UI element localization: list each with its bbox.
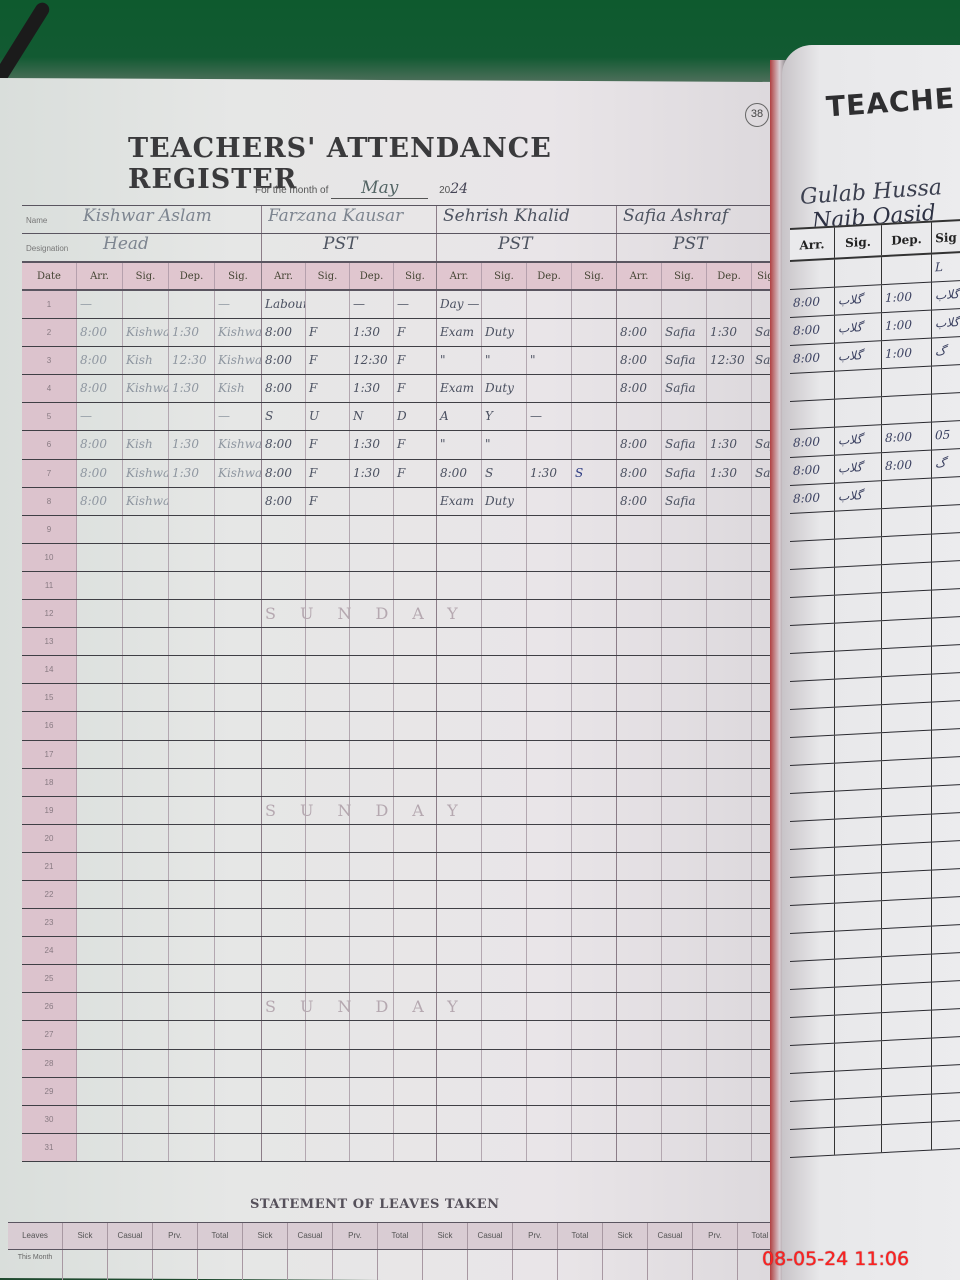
attendance-cell	[350, 544, 394, 571]
attendance-cell	[394, 544, 437, 571]
statement-value-cell	[63, 1250, 108, 1280]
attendance-cell	[394, 712, 437, 739]
attendance-cell: 12:30	[169, 347, 215, 374]
attendance-cell	[394, 909, 437, 936]
attendance-cell	[790, 1072, 835, 1101]
attendance-cell	[882, 843, 932, 873]
attendance-cell	[350, 853, 394, 880]
statement-header-cell: Casual	[108, 1223, 153, 1249]
attendance-cell	[932, 757, 960, 785]
attendance-cell	[882, 535, 932, 565]
attendance-cell	[932, 841, 960, 869]
attendance-cell	[77, 1106, 123, 1133]
header-arr: Arr.	[790, 228, 835, 260]
attendance-cell	[77, 544, 123, 571]
attendance-cell	[394, 1021, 437, 1048]
attendance-cell	[169, 600, 215, 627]
attendance-cell	[482, 544, 527, 571]
attendance-cell	[527, 741, 572, 768]
table-row: 78:00Kishwar1:30Kishwar8:00F1:30F8:00S1:…	[22, 460, 782, 488]
teacher-name: Sehrish Khalid	[443, 206, 616, 226]
attendance-cell	[790, 932, 835, 961]
attendance-cell	[662, 544, 707, 571]
attendance-cell	[169, 769, 215, 796]
attendance-cell	[437, 544, 482, 571]
attendance-cell	[482, 741, 527, 768]
attendance-cell	[77, 1134, 123, 1161]
attendance-cell	[123, 516, 169, 543]
attendance-cell: 8:00	[790, 428, 835, 457]
attendance-cell	[572, 769, 617, 796]
year-prefix: 20	[439, 185, 450, 196]
attendance-cell	[437, 656, 482, 683]
attendance-cell	[306, 909, 350, 936]
statement-value-cell	[333, 1250, 378, 1280]
attendance-cell: Kishwar	[123, 319, 169, 346]
attendance-cell	[306, 825, 350, 852]
attendance-cell: Kishwar	[123, 460, 169, 487]
attendance-cell	[617, 656, 662, 683]
attendance-cell	[882, 899, 932, 929]
statement-header-cell: Prv.	[153, 1223, 198, 1249]
attendance-cell: 8:00	[77, 319, 123, 346]
attendance-cell	[123, 684, 169, 711]
attendance-cell	[482, 965, 527, 992]
attendance-cell	[394, 628, 437, 655]
attendance-cell	[437, 741, 482, 768]
attendance-cell	[790, 540, 835, 569]
statement-header-cell: Prv.	[693, 1223, 738, 1249]
attendance-cell	[262, 769, 306, 796]
attendance-cell	[527, 965, 572, 992]
attendance-cell	[617, 572, 662, 599]
date-cell: 31	[22, 1134, 77, 1161]
attendance-cell: 8:00	[617, 347, 662, 374]
attendance-cell	[77, 769, 123, 796]
attendance-cell: 8:00	[617, 319, 662, 346]
attendance-cell	[572, 965, 617, 992]
attendance-cell: گلاب	[835, 425, 882, 454]
attendance-cell	[790, 1016, 835, 1045]
sunday-marker: SUNDAY	[262, 797, 306, 824]
attendance-cell	[350, 1021, 394, 1048]
attendance-cell	[123, 544, 169, 571]
attendance-cell	[932, 1037, 960, 1065]
attendance-cell: Duty	[482, 375, 527, 402]
attendance-cell	[707, 825, 752, 852]
attendance-cell: 8:00	[882, 451, 932, 481]
attendance-cell	[790, 848, 835, 877]
statement-header-cell: Sick	[423, 1223, 468, 1249]
attendance-cell	[77, 965, 123, 992]
attendance-cell	[123, 403, 169, 430]
attendance-cell: —	[215, 291, 262, 318]
attendance-cell	[882, 815, 932, 845]
camera-timestamp: 08-05-24 11:06	[762, 1248, 909, 1270]
attendance-cell	[707, 1078, 752, 1105]
table-row: 26SUNDAY	[22, 993, 782, 1021]
attendance-cell	[169, 937, 215, 964]
attendance-cell: 8:00	[262, 488, 306, 515]
attendance-cell	[215, 797, 262, 824]
attendance-cell	[835, 1097, 882, 1126]
attendance-cell	[882, 1039, 932, 1069]
attendance-cell	[882, 563, 932, 593]
attendance-cell	[527, 1106, 572, 1133]
attendance-cell	[932, 813, 960, 841]
attendance-cell	[932, 505, 960, 533]
attendance-cell	[77, 600, 123, 627]
attendance-cell	[662, 881, 707, 908]
teacher-designation: PST	[268, 234, 436, 254]
table-row: 88:00Kishwar8:00FExamDuty8:00Safia	[22, 488, 782, 516]
attendance-cell	[882, 731, 932, 761]
statement-month-row: This Month	[8, 1250, 783, 1280]
statement-header-cell: Prv.	[333, 1223, 378, 1249]
attendance-cell	[707, 684, 752, 711]
attendance-cell	[790, 1128, 835, 1157]
attendance-cell: L	[932, 253, 960, 281]
attendance-cell	[662, 572, 707, 599]
attendance-cell	[394, 516, 437, 543]
attendance-cell	[617, 1078, 662, 1105]
attendance-cell	[617, 965, 662, 992]
attendance-cell	[77, 825, 123, 852]
attendance-cell	[306, 965, 350, 992]
attendance-cell	[617, 600, 662, 627]
attendance-cell	[123, 628, 169, 655]
attendance-cell	[77, 684, 123, 711]
attendance-cell	[932, 1009, 960, 1037]
attendance-cell	[527, 1078, 572, 1105]
table-row: 29	[22, 1078, 782, 1106]
attendance-cell: —	[350, 291, 394, 318]
attendance-cell	[932, 925, 960, 953]
attendance-cell: Kishwar	[215, 347, 262, 374]
attendance-cell	[662, 853, 707, 880]
attendance-cell	[437, 1021, 482, 1048]
attendance-cell	[932, 785, 960, 813]
date-cell: 19	[22, 797, 77, 824]
attendance-cell: F	[306, 488, 350, 515]
attendance-cell: 8:00	[262, 375, 306, 402]
date-cell: 10	[22, 544, 77, 571]
attendance-cell	[932, 701, 960, 729]
attendance-cell	[790, 792, 835, 821]
designation-label: Designation	[22, 234, 77, 261]
attendance-cell	[169, 741, 215, 768]
attendance-cell	[572, 937, 617, 964]
attendance-cell	[169, 628, 215, 655]
attendance-cell	[707, 291, 752, 318]
attendance-cell	[437, 909, 482, 936]
attendance-cell	[882, 983, 932, 1013]
attendance-cell: 8:00	[790, 316, 835, 345]
attendance-cell	[262, 741, 306, 768]
attendance-cell	[169, 881, 215, 908]
attendance-cell	[215, 488, 262, 515]
attendance-cell	[707, 628, 752, 655]
attendance-cell	[932, 869, 960, 897]
attendance-cell	[123, 712, 169, 739]
attendance-cell	[350, 825, 394, 852]
attendance-cell: 8:00	[882, 423, 932, 453]
attendance-cell	[572, 1106, 617, 1133]
attendance-cell	[437, 853, 482, 880]
attendance-cell	[790, 820, 835, 849]
attendance-cell	[662, 769, 707, 796]
attendance-cell	[350, 1050, 394, 1077]
statement-header-cell: Prv.	[513, 1223, 558, 1249]
attendance-cell	[707, 375, 752, 402]
attendance-cell	[169, 403, 215, 430]
attendance-cell	[707, 881, 752, 908]
attendance-cell	[77, 993, 123, 1020]
attendance-cell	[572, 403, 617, 430]
attendance-cell	[707, 741, 752, 768]
attendance-cell	[262, 937, 306, 964]
attendance-cell	[169, 544, 215, 571]
attendance-cell	[790, 372, 835, 401]
attendance-cell	[215, 572, 262, 599]
attendance-cell	[835, 397, 882, 426]
attendance-cell: 8:00	[77, 460, 123, 487]
header-sig: Sig.	[835, 225, 882, 257]
attendance-cell	[123, 881, 169, 908]
statement-header-cell: Total	[378, 1223, 423, 1249]
attendance-cell	[215, 600, 262, 627]
attendance-cell: 1:30	[707, 431, 752, 458]
attendance-cell: 1:00	[882, 283, 932, 313]
page-number: 38	[745, 103, 769, 127]
attendance-cell	[932, 393, 960, 421]
attendance-cell	[882, 479, 932, 509]
attendance-cell	[932, 645, 960, 673]
statement-value-cell	[648, 1250, 693, 1280]
attendance-cell	[394, 656, 437, 683]
attendance-cell	[835, 593, 882, 622]
attendance-cell	[882, 647, 932, 677]
attendance-cell	[350, 741, 394, 768]
attendance-cell	[394, 965, 437, 992]
attendance-cell	[77, 1078, 123, 1105]
attendance-cell	[662, 684, 707, 711]
statement-header-cell: Sick	[603, 1223, 648, 1249]
attendance-cell	[169, 993, 215, 1020]
attendance-cell	[572, 853, 617, 880]
attendance-cell	[790, 596, 835, 625]
date-cell: 7	[22, 460, 77, 487]
attendance-cell	[527, 853, 572, 880]
attendance-cell	[707, 937, 752, 964]
attendance-cell	[617, 741, 662, 768]
table-row: 19SUNDAY	[22, 797, 782, 825]
attendance-cell	[572, 909, 617, 936]
attendance-cell	[350, 572, 394, 599]
attendance-cell	[215, 1050, 262, 1077]
date-cell: 5	[22, 403, 77, 430]
attendance-cell	[790, 904, 835, 933]
attendance-cell	[306, 853, 350, 880]
attendance-cell	[262, 628, 306, 655]
attendance-cell	[617, 881, 662, 908]
attendance-cell	[527, 1134, 572, 1161]
attendance-cell	[617, 516, 662, 543]
attendance-cell: گ	[932, 449, 960, 477]
attendance-grid: Name Kishwar Aslam Farzana Kausar Sehris…	[22, 205, 782, 1162]
right-rows: L8:00گلاب1:00گلاب8:00گلاب1:00گلاب8:00گلا…	[790, 253, 960, 1158]
attendance-cell	[527, 881, 572, 908]
statement-header-cell: Casual	[468, 1223, 513, 1249]
attendance-cell	[882, 1095, 932, 1125]
attendance-cell: 8:00	[790, 484, 835, 513]
attendance-cell	[215, 1021, 262, 1048]
attendance-cell	[882, 507, 932, 537]
attendance-cell	[572, 431, 617, 458]
attendance-cell	[932, 1093, 960, 1121]
attendance-cell	[262, 965, 306, 992]
attendance-cell: S	[262, 403, 306, 430]
date-cell: 28	[22, 1050, 77, 1077]
attendance-cell	[882, 395, 932, 425]
attendance-cell: Duty	[482, 488, 527, 515]
attendance-cell	[707, 1134, 752, 1161]
attendance-cell	[123, 965, 169, 992]
attendance-cell: 8:00	[77, 347, 123, 374]
attendance-cell	[437, 1134, 482, 1161]
attendance-cell	[790, 736, 835, 765]
date-cell: 4	[22, 375, 77, 402]
attendance-cell: 8:00	[77, 488, 123, 515]
attendance-cell	[707, 1050, 752, 1077]
attendance-cell: 8:00	[790, 288, 835, 317]
attendance-cell	[527, 375, 572, 402]
attendance-cell: Safia	[662, 375, 707, 402]
attendance-cell	[662, 797, 707, 824]
attendance-cell	[482, 1078, 527, 1105]
attendance-cell	[215, 516, 262, 543]
table-row: 28	[22, 1050, 782, 1078]
attendance-cell	[790, 708, 835, 737]
attendance-cell	[617, 853, 662, 880]
attendance-cell	[527, 600, 572, 627]
attendance-cell	[572, 741, 617, 768]
attendance-cell	[123, 1106, 169, 1133]
attendance-cell	[617, 403, 662, 430]
attendance-cell	[123, 572, 169, 599]
attendance-cell	[882, 367, 932, 397]
attendance-cell	[215, 741, 262, 768]
attendance-cell: Day —	[437, 291, 482, 318]
attendance-cell	[572, 656, 617, 683]
attendance-cell	[932, 617, 960, 645]
attendance-cell: 1:30	[350, 460, 394, 487]
attendance-cell	[262, 1021, 306, 1048]
statement-header-cell: Total	[558, 1223, 603, 1249]
attendance-cell	[306, 881, 350, 908]
attendance-cell: "	[482, 431, 527, 458]
attendance-cell	[306, 291, 350, 318]
attendance-cell: Safia	[662, 319, 707, 346]
attendance-cell	[262, 1134, 306, 1161]
attendance-cell	[306, 1134, 350, 1161]
attendance-cell	[572, 347, 617, 374]
attendance-cell	[572, 881, 617, 908]
date-cell: 20	[22, 825, 77, 852]
sunday-marker: SUNDAY	[262, 993, 306, 1020]
attendance-cell	[527, 712, 572, 739]
attendance-cell: 8:00	[262, 319, 306, 346]
attendance-cell: 1:30	[707, 319, 752, 346]
attendance-cell	[350, 937, 394, 964]
attendance-cell: 1:30	[527, 460, 572, 487]
date-cell: 22	[22, 881, 77, 908]
attendance-cell	[482, 628, 527, 655]
attendance-cell	[215, 712, 262, 739]
table-row: 11	[22, 572, 782, 600]
attendance-cell	[617, 993, 662, 1020]
attendance-cell	[215, 628, 262, 655]
table-row: 17	[22, 741, 782, 769]
attendance-cell: Safia	[662, 460, 707, 487]
header-sig: Sig	[932, 221, 960, 252]
attendance-cell	[835, 985, 882, 1014]
attendance-cell	[835, 257, 882, 286]
attendance-cell: U	[306, 403, 350, 430]
statement-row-label: Leaves	[8, 1223, 63, 1249]
attendance-cell	[306, 1106, 350, 1133]
attendance-cell	[169, 516, 215, 543]
attendance-cell	[572, 319, 617, 346]
attendance-cell	[262, 1106, 306, 1133]
attendance-cell	[306, 572, 350, 599]
attendance-cell	[437, 825, 482, 852]
attendance-cell	[123, 741, 169, 768]
date-cell: 24	[22, 937, 77, 964]
attendance-cell	[790, 988, 835, 1017]
attendance-cell	[77, 628, 123, 655]
attendance-cell	[932, 897, 960, 925]
attendance-cell	[482, 516, 527, 543]
attendance-cell	[123, 853, 169, 880]
attendance-cell	[482, 712, 527, 739]
header-dep: Dep.	[882, 223, 932, 256]
attendance-cell	[350, 881, 394, 908]
attendance-cell	[617, 628, 662, 655]
attendance-cell	[662, 403, 707, 430]
attendance-cell: Safia	[662, 488, 707, 515]
date-cell: 27	[22, 1021, 77, 1048]
date-cell: 11	[22, 572, 77, 599]
table-row: 5——SUNDAY—	[22, 403, 782, 431]
attendance-rows: 1——Labour——Day —28:00Kishwar1:30Kishwar8…	[22, 291, 782, 1162]
attendance-cell	[394, 1050, 437, 1077]
attendance-cell: —	[77, 291, 123, 318]
attendance-cell	[662, 909, 707, 936]
attendance-cell	[527, 656, 572, 683]
attendance-cell	[790, 512, 835, 541]
attendance-cell	[707, 544, 752, 571]
header-arr: Arr.	[437, 263, 482, 289]
attendance-cell: Duty	[482, 319, 527, 346]
attendance-cell	[662, 1050, 707, 1077]
attendance-cell	[77, 712, 123, 739]
date-cell: 13	[22, 628, 77, 655]
attendance-cell: Kishwar	[123, 375, 169, 402]
attendance-cell	[790, 680, 835, 709]
attendance-cell	[790, 260, 835, 289]
attendance-cell	[437, 1050, 482, 1077]
